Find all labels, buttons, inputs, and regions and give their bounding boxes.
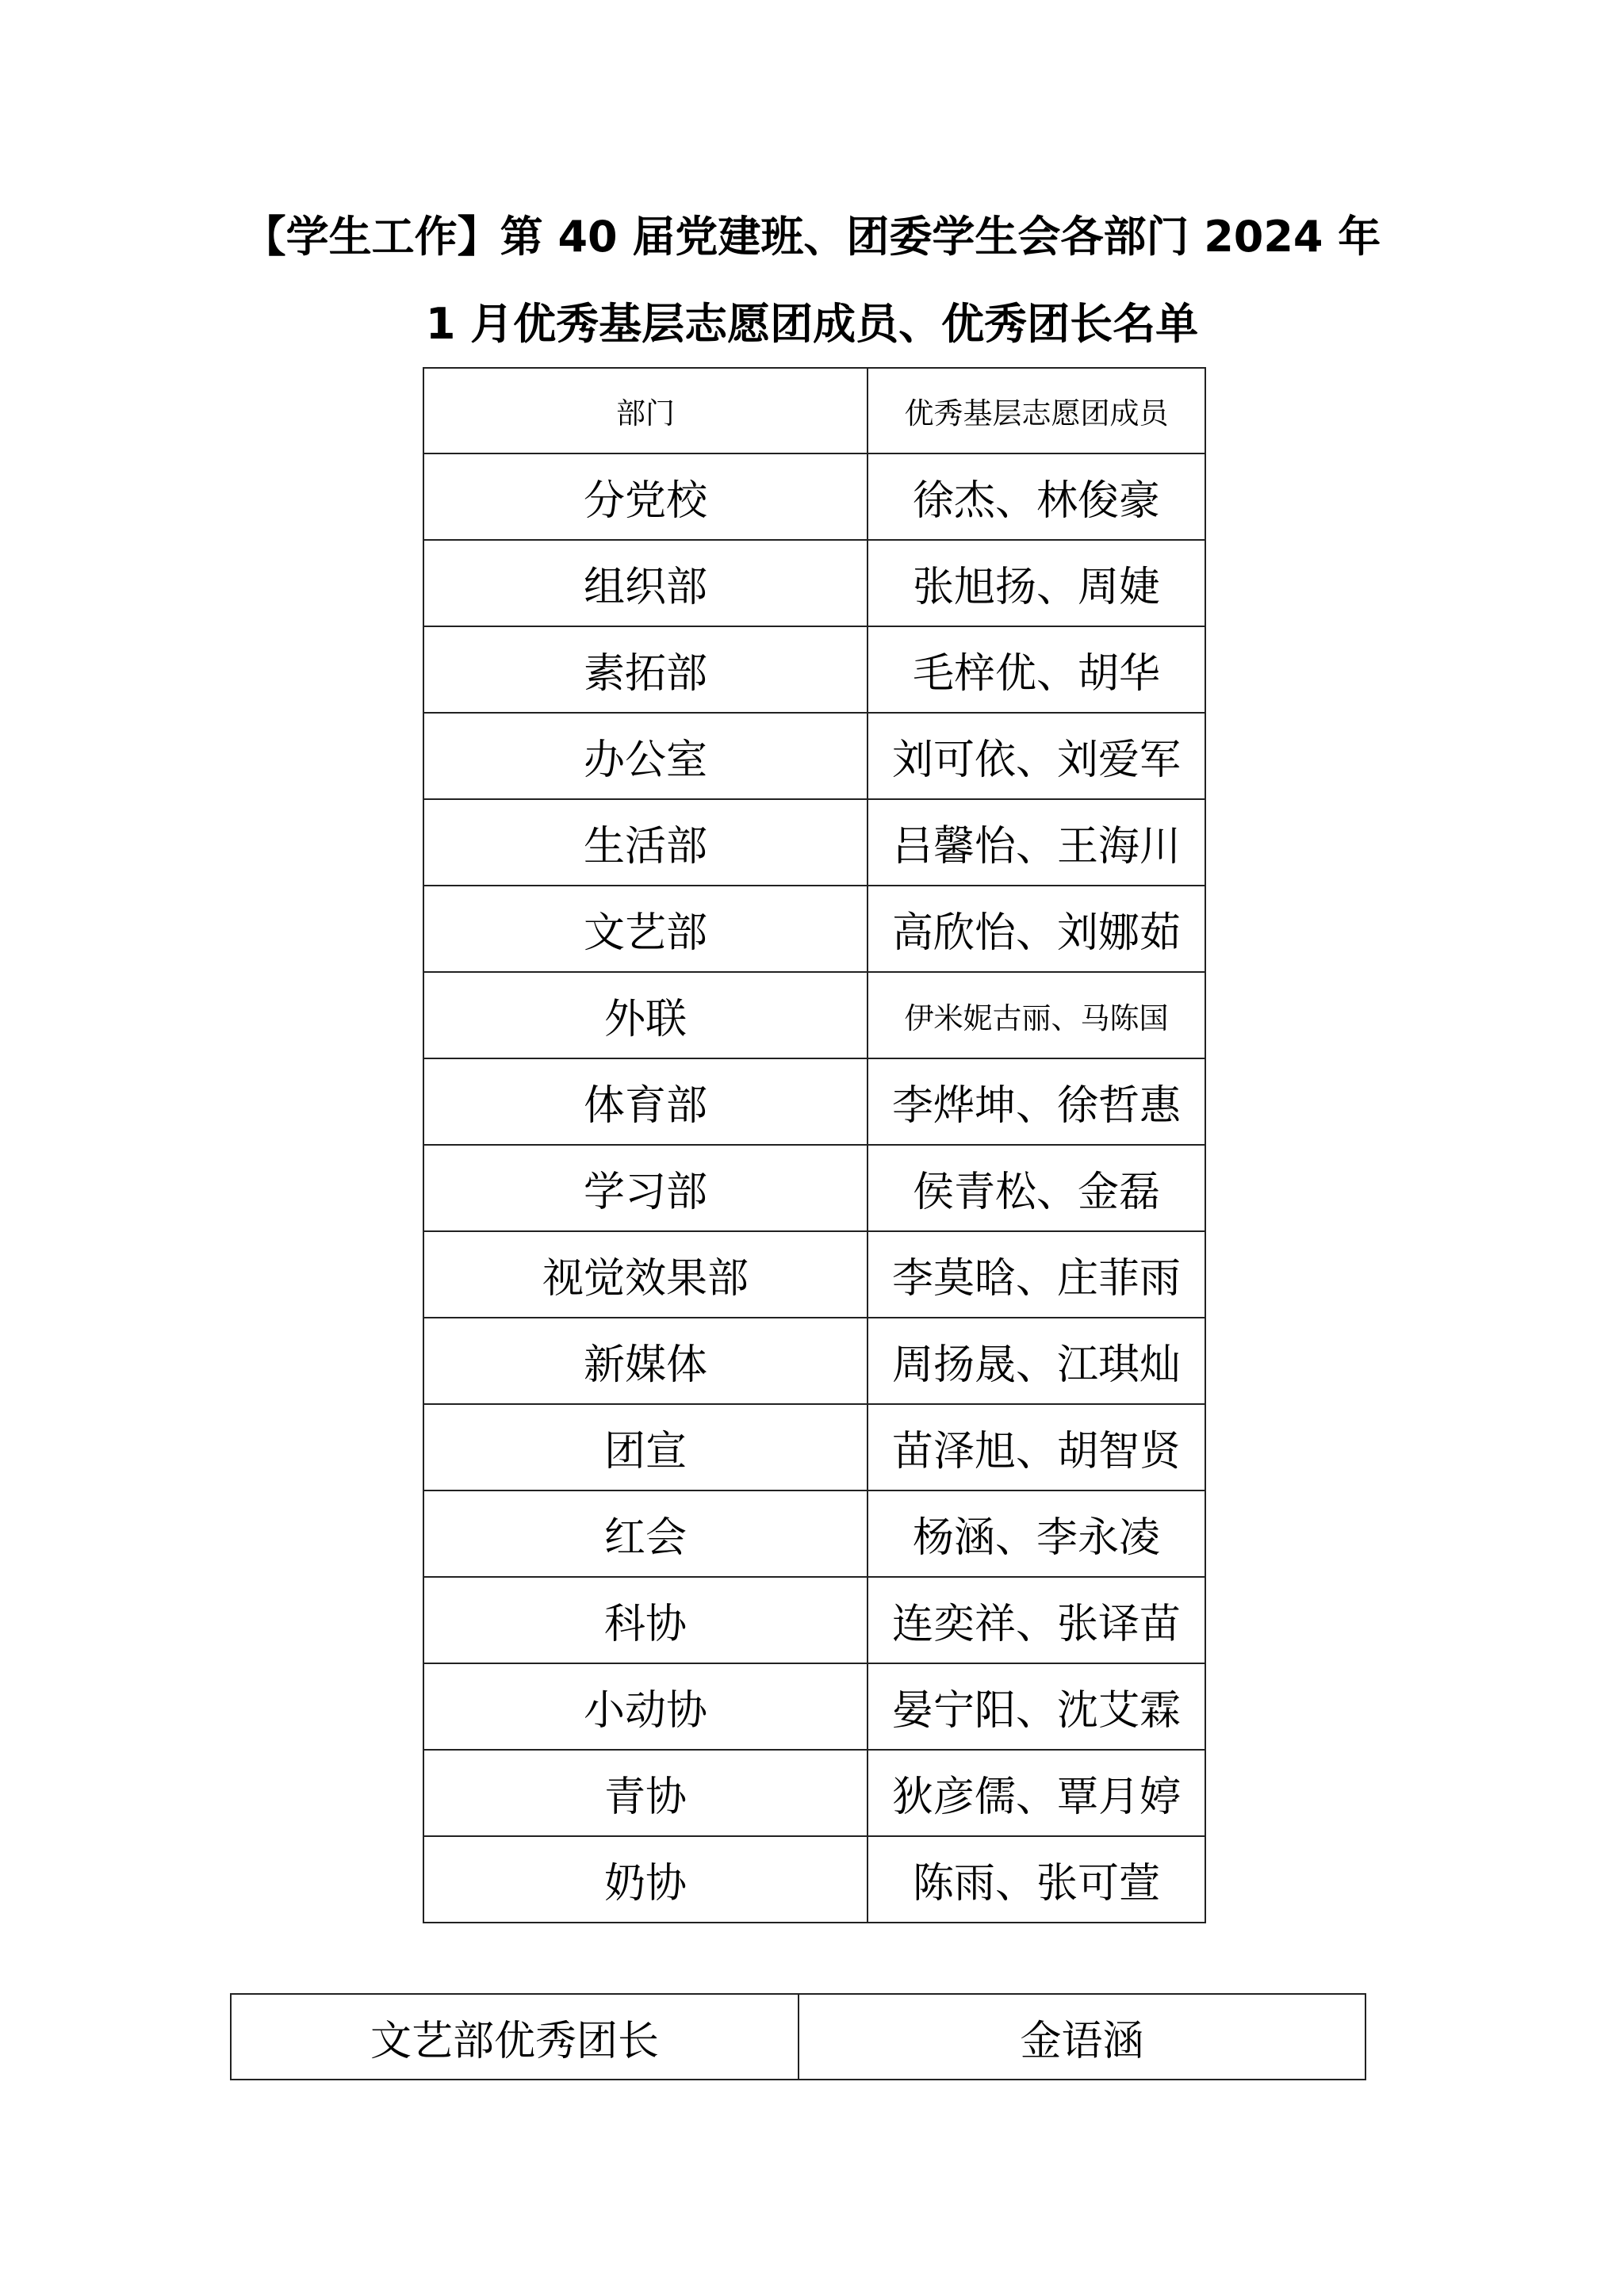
members-cell: 张旭扬、周婕: [868, 540, 1205, 626]
table-row: 新媒体 周扬晟、江琪灿: [423, 1318, 1205, 1404]
table-row: 文艺部 高欣怡、刘娜茹: [423, 886, 1205, 972]
members-cell: 徐杰、林俊豪: [868, 453, 1205, 540]
outstanding-leader-table: 文艺部优秀团长 金语涵: [230, 1993, 1366, 2080]
header-members: 优秀基层志愿团成员: [868, 368, 1205, 453]
department-cell: 学习部: [423, 1145, 868, 1231]
department-cell: 办公室: [423, 713, 868, 799]
table-row: 分党校 徐杰、林俊豪: [423, 453, 1205, 540]
table-row: 团宣 苗泽旭、胡智贤: [423, 1404, 1205, 1490]
table-row: 青协 狄彦儒、覃月婷: [423, 1750, 1205, 1836]
department-cell: 文艺部: [423, 886, 868, 972]
table-row: 体育部 李烨坤、徐哲惠: [423, 1058, 1205, 1145]
members-cell: 晏宁阳、沈艾霖: [868, 1663, 1205, 1750]
members-cell: 伊米妮古丽、马陈国: [868, 972, 1205, 1058]
members-cell: 苗泽旭、胡智贤: [868, 1404, 1205, 1490]
table-row: 奶协 陈雨、张可萱: [423, 1836, 1205, 1923]
department-cell: 生活部: [423, 799, 868, 886]
members-cell: 周扬晟、江琪灿: [868, 1318, 1205, 1404]
table-row: 学习部 侯青松、金磊: [423, 1145, 1205, 1231]
department-cell: 视觉效果部: [423, 1231, 868, 1318]
department-cell: 科协: [423, 1577, 868, 1663]
table-row: 视觉效果部 李莫晗、庄菲雨: [423, 1231, 1205, 1318]
table-row: 办公室 刘可依、刘爱军: [423, 713, 1205, 799]
members-cell: 吕馨怡、王海川: [868, 799, 1205, 886]
volunteer-members-table: 部门 优秀基层志愿团成员 分党校 徐杰、林俊豪 组织部 张旭扬、周婕 素拓部 毛…: [423, 367, 1206, 1923]
members-cell: 李莫晗、庄菲雨: [868, 1231, 1205, 1318]
department-cell: 分党校: [423, 453, 868, 540]
members-cell: 连奕祥、张译苗: [868, 1577, 1205, 1663]
header-department: 部门: [423, 368, 868, 453]
document-title-line-2: 1 月优秀基层志愿团成员、优秀团长名单: [0, 297, 1624, 352]
department-cell: 外联: [423, 972, 868, 1058]
leader-name-cell: 金语涵: [799, 1994, 1365, 2080]
table-row: 红会 杨涵、李永凌: [423, 1490, 1205, 1577]
leader-label-cell: 文艺部优秀团长: [231, 1994, 799, 2080]
department-cell: 青协: [423, 1750, 868, 1836]
department-cell: 团宣: [423, 1404, 868, 1490]
table-header-row: 部门 优秀基层志愿团成员: [423, 368, 1205, 453]
table-row: 小动协 晏宁阳、沈艾霖: [423, 1663, 1205, 1750]
members-cell: 陈雨、张可萱: [868, 1836, 1205, 1923]
members-cell: 杨涵、李永凌: [868, 1490, 1205, 1577]
department-cell: 红会: [423, 1490, 868, 1577]
members-cell: 高欣怡、刘娜茹: [868, 886, 1205, 972]
members-cell: 侯青松、金磊: [868, 1145, 1205, 1231]
table-row: 科协 连奕祥、张译苗: [423, 1577, 1205, 1663]
department-cell: 素拓部: [423, 626, 868, 713]
department-cell: 体育部: [423, 1058, 868, 1145]
table-row: 外联 伊米妮古丽、马陈国: [423, 972, 1205, 1058]
members-cell: 毛梓优、胡华: [868, 626, 1205, 713]
members-cell: 李烨坤、徐哲惠: [868, 1058, 1205, 1145]
department-cell: 小动协: [423, 1663, 868, 1750]
department-cell: 奶协: [423, 1836, 868, 1923]
table-row: 生活部 吕馨怡、王海川: [423, 799, 1205, 886]
department-cell: 组织部: [423, 540, 868, 626]
members-cell: 狄彦儒、覃月婷: [868, 1750, 1205, 1836]
table-row: 组织部 张旭扬、周婕: [423, 540, 1205, 626]
department-cell: 新媒体: [423, 1318, 868, 1404]
document-title-line-1: 【学生工作】第 40 届党建班、团委学生会各部门 2024 年: [0, 209, 1624, 265]
members-cell: 刘可依、刘爱军: [868, 713, 1205, 799]
table-row: 素拓部 毛梓优、胡华: [423, 626, 1205, 713]
table-row: 文艺部优秀团长 金语涵: [231, 1994, 1365, 2080]
